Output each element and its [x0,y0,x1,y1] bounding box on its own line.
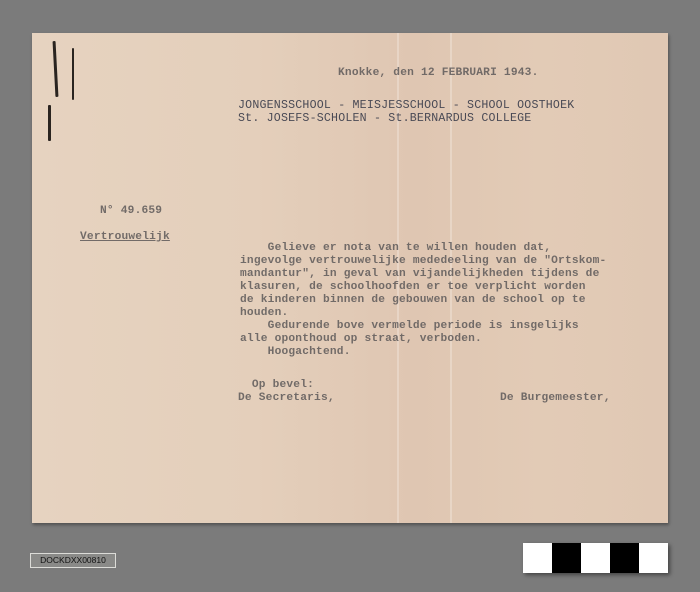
calibration-block-white [639,543,668,573]
body-line: ingevolge vertrouwelijke mededeeling van… [240,255,606,268]
letterhead-line-1: JONGENSSCHOOL - MEISJESSCHOOL - SCHOOL O… [238,99,574,112]
calibration-block-white [523,543,552,573]
body-line: houden. [240,307,288,320]
body-line: klasuren, de schoolhoofden er toe verpli… [240,281,586,294]
staple-mark-icon [72,48,74,100]
body-line: Gedurende bove vermelde periode is insge… [240,320,579,333]
color-calibration-bar [523,543,668,573]
reference-number: N° 49.659 [100,205,162,218]
document-paper: Knokke, den 12 FEBRUARI 1943. JONGENSSCH… [32,33,668,523]
calibration-block-black [552,543,581,573]
signature-right: De Burgemeester, [500,392,611,405]
signature-left-line-2: De Secretaris, [238,392,335,405]
body-line: de kinderen binnen de gebouwen van de sc… [240,294,586,307]
body-line: alle oponthoud op straat, verboden. [240,333,482,346]
body-line: Hoogachtend. [240,346,351,359]
signature-left-line-1: Op bevel: [238,379,314,392]
staple-mark-icon [53,41,59,97]
body-line: mandantur", in geval van vijandelijkhede… [240,268,600,281]
date-line: Knokke, den 12 FEBRUARI 1943. [338,67,539,80]
staple-mark-icon [48,105,51,141]
body-line: Gelieve er nota van te willen houden dat… [240,242,551,255]
archive-label: DOCKDXX00810 [30,553,116,568]
calibration-block-white [581,543,610,573]
calibration-block-black [610,543,639,573]
classification-stamp: Vertrouwelijk [80,231,170,244]
letterhead-line-2: St. JOSEFS-SCHOLEN - St.BERNARDUS COLLEG… [238,112,531,125]
